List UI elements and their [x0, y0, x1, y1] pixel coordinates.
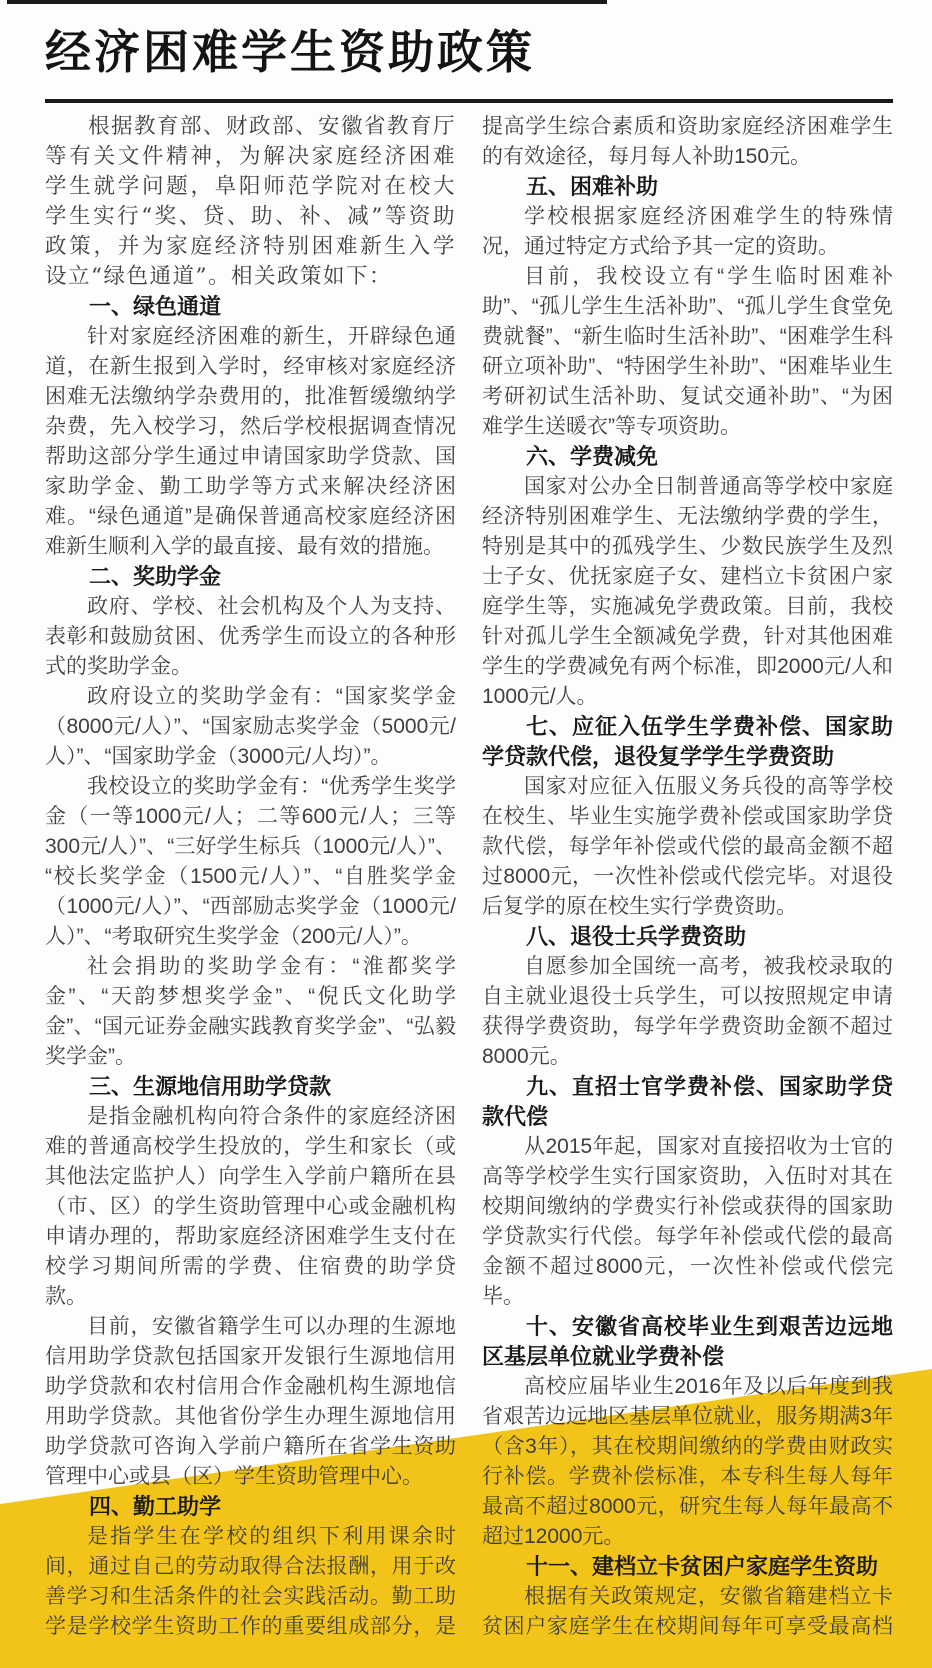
section-paragraph: 学校根据家庭经济困难学生的特殊情况，通过特定方式给予其一定的资助。 [482, 202, 893, 262]
section-heading-7: 七、应征入伍学生学费补偿、国家助学贷款代偿，退役复学学生学费资助 [482, 712, 893, 772]
section-paragraph: 社会捐助的奖助学金有：“淮都奖学金”、“天韵梦想奖学金”、“倪氏文化助学金”、“… [45, 952, 456, 1072]
section-paragraph: 目前，我校设立有“学生临时困难补助”、“孤儿学生生活补助”、“孤儿学生食堂免费就… [482, 262, 893, 442]
intro-paragraph: 根据教育部、财政部、安徽省教育厅等有关文件精神，为解决家庭经济困难学生就学问题，… [45, 112, 456, 292]
section-paragraph: 自愿参加全国统一高考，被我校录取的自主就业退役士兵学生，可以按照规定申请获得学费… [482, 952, 893, 1072]
section-heading-4: 四、勤工助学 [45, 1492, 456, 1522]
section-heading-3: 三、生源地信用助学贷款 [45, 1072, 456, 1102]
section-paragraph: 针对家庭经济困难的新生，开辟绿色通道，在新生报到入学时，经审核对家庭经济困难无法… [45, 322, 456, 562]
section-heading-9: 九、直招士官学费补偿、国家助学贷款代偿 [482, 1072, 893, 1132]
flyer-page: 经济困难学生资助政策 根据教育部、财政部、安徽省教育厅等有关文件精神，为解决家庭… [0, 0, 932, 1668]
page-title: 经济困难学生资助政策 [45, 24, 535, 80]
top-border-line [7, 0, 607, 4]
section-heading-2: 二、奖助学金 [45, 562, 456, 592]
section-paragraph: 高校应届毕业生2016年及以后年度到我省艰苦边远地区基层单位就业，服务期满3年（… [482, 1372, 893, 1552]
two-column-flow: 根据教育部、财政部、安徽省教育厅等有关文件精神，为解决家庭经济困难学生就学问题，… [45, 112, 893, 1664]
section-paragraph: 是指金融机构向符合条件的家庭经济困难的普通高校学生投放的，学生和家长（或其他法定… [45, 1102, 456, 1312]
section-paragraph: 政府设立的奖助学金有：“国家奖学金（8000元/人）”、“国家励志奖学金（500… [45, 682, 456, 772]
section-paragraph: 我校设立的奖助学金有：“优秀学生奖学金（一等1000元/人；二等600元/人；三… [45, 772, 456, 952]
title-underline [45, 99, 893, 103]
section-paragraph: 国家对公办全日制普通高等学校中家庭经济特别困难学生、无法缴纳学费的学生，特别是其… [482, 472, 893, 712]
section-paragraph: 目前，安徽省籍学生可以办理的生源地信用助学贷款包括国家开发银行生源地信用助学贷款… [45, 1312, 456, 1492]
section-heading-1: 一、绿色通道 [45, 292, 456, 322]
section-heading-10: 十、安徽省高校毕业生到艰苦边远地区基层单位就业学费补偿 [482, 1312, 893, 1372]
section-heading-6: 六、学费减免 [482, 442, 893, 472]
section-heading-8: 八、退役士兵学费资助 [482, 922, 893, 952]
section-heading-11: 十一、建档立卡贫困户家庭学生资助 [482, 1552, 893, 1582]
section-heading-5: 五、困难补助 [482, 172, 893, 202]
section-paragraph: 国家对应征入伍服义务兵役的高等学校在校生、毕业生实施学费补偿或国家助学贷款代偿，… [482, 772, 893, 922]
section-paragraph: 政府、学校、社会机构及个人为支持、表彰和鼓励贫困、优秀学生而设立的各种形式的奖助… [45, 592, 456, 682]
section-paragraph: 从2015年起，国家对直接招收为士官的高等学校学生实行国家资助，入伍时对其在校期… [482, 1132, 893, 1312]
